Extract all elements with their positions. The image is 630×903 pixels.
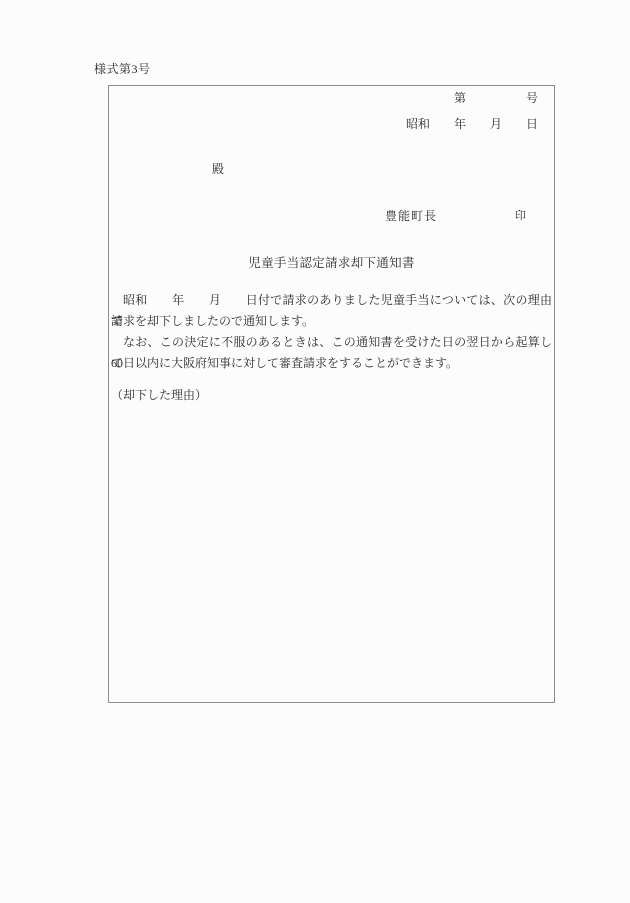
body-text: 昭和 年 月 日付で請求のありました児童手当については、次の理由で 請求を却下し… [111, 290, 552, 374]
body-line-3: なお、この決定に不服のあるときは、この通知書を受けた日の翌日から起算して [111, 332, 552, 353]
addressee-row: 殿 [212, 162, 224, 176]
sender-row: 豊能町長 印 [109, 209, 554, 223]
body-line-4: 60日以内に大阪府知事に対して審査請求をすることができます。 [111, 353, 552, 374]
body-line-2: 請求を却下しましたので通知します。 [111, 311, 552, 332]
sender-title: 豊能町長 [385, 209, 437, 223]
seal-mark: 印 [515, 209, 526, 223]
body-line-1: 昭和 年 月 日付で請求のありました児童手当については、次の理由で [111, 290, 552, 311]
document-number-line: 第 号 [109, 91, 554, 105]
addressee-honorific: 殿 [212, 162, 224, 176]
document-border-box: 第 号 昭和 年 月 日 殿 豊能町長 印 児童手当認定請求却下通知書 昭和 年… [108, 85, 555, 703]
issue-date-line: 昭和 年 月 日 [109, 117, 554, 131]
form-number-label: 様式第3号 [94, 62, 151, 77]
rejection-reason-label: （却下した理由） [111, 388, 207, 402]
document-page: 様式第3号 第 号 昭和 年 月 日 殿 豊能町長 印 児童手当認定請求却下通知… [0, 0, 630, 903]
document-title: 児童手当認定請求却下通知書 [109, 256, 554, 271]
